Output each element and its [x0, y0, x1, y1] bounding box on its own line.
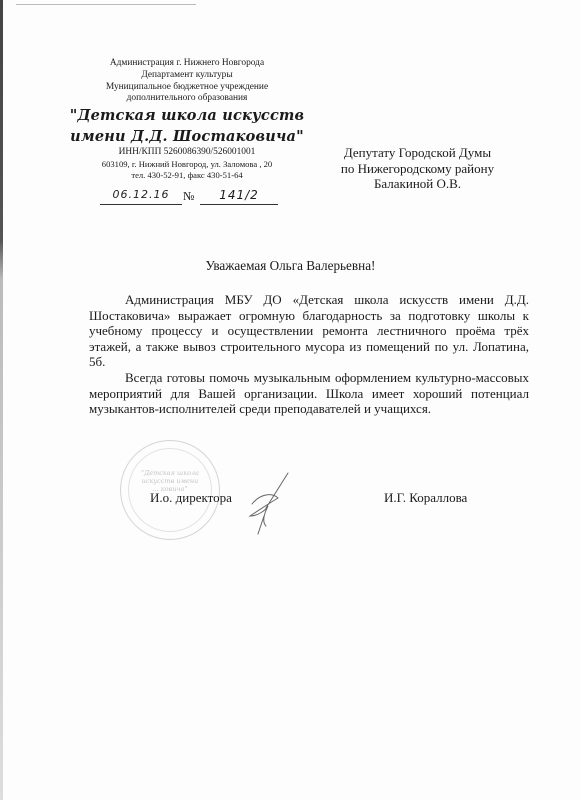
handwritten-signature-icon — [238, 468, 298, 538]
body-paragraph-2: Всегда готовы помочь музыкальным оформле… — [89, 370, 529, 417]
letterhead-institution-type-2: дополнительного образования — [62, 93, 312, 105]
letterhead-administration: Администрация г. Нижнего Новгорода — [62, 58, 312, 70]
addressee-name: Балакиной О.В. — [330, 176, 505, 192]
addressee-line1: Депутату Городской Думы — [330, 145, 505, 161]
registration-number: 141/2 — [200, 188, 278, 205]
scan-edge-top — [16, 4, 196, 5]
school-phones: тел. 430-52-91, факс 430-51-64 — [62, 170, 312, 181]
inn-kpp: ИНН/КПП 5260086390/526001001 — [62, 147, 312, 159]
letterhead-institution-type: Муниципальное бюджетное учреждение — [62, 82, 312, 94]
school-address: 603109, г. Нижний Новгород, ул. Заломова… — [62, 159, 312, 170]
body-paragraph-1: Администрация МБУ ДО «Детская школа иску… — [89, 292, 529, 370]
registration-line: 06.12.16 № 141/2 — [100, 188, 280, 208]
school-name-line1: "Детская школа искусств — [62, 105, 312, 126]
letterhead: Администрация г. Нижнего Новгорода Депар… — [62, 58, 312, 180]
signatory-title: И.о. директора — [150, 490, 232, 506]
letter-body: Администрация МБУ ДО «Детская школа иску… — [89, 292, 529, 417]
salutation: Уважаемая Ольга Валерьевна! — [0, 258, 581, 274]
letterhead-department: Департамент культуры — [62, 70, 312, 82]
school-name-line2: имени Д.Д. Шостаковича" — [62, 126, 312, 147]
registration-date: 06.12.16 — [100, 188, 182, 205]
addressee-block: Депутату Городской Думы по Нижегородском… — [330, 145, 505, 192]
scan-edge-left — [0, 0, 3, 800]
signatory-name: И.Г. Кораллова — [384, 490, 467, 506]
addressee-line2: по Нижегородскому району — [330, 161, 505, 177]
registration-number-label: № — [183, 189, 194, 204]
